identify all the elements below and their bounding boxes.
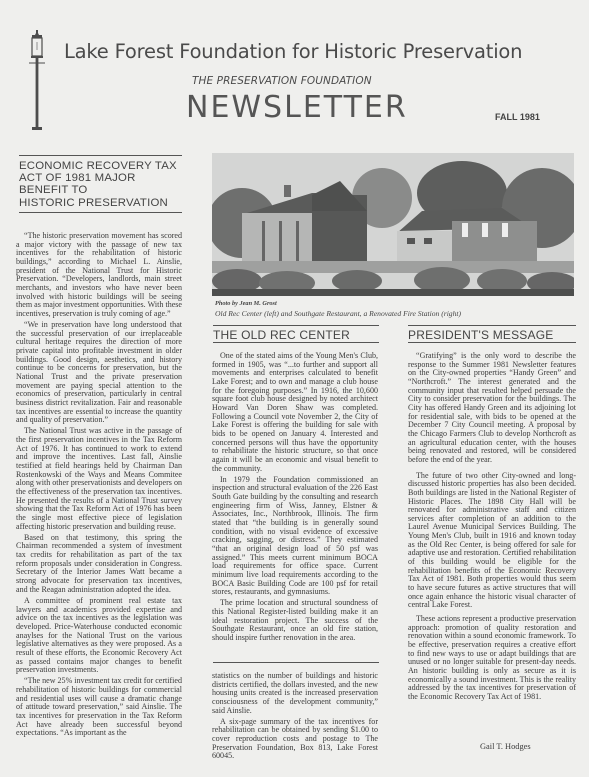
tax-article-continued: statistics on the number of buildings an…: [212, 672, 378, 764]
old-rec-center-body: One of the stated aims of the Young Men'…: [212, 352, 378, 652]
paragraph: These actions represent a productive pre…: [408, 615, 576, 702]
headline-line: HISTORIC PRESERVATION: [19, 197, 189, 209]
organization-name: Lake Forest Foundation for Historic Pres…: [64, 40, 564, 63]
tax-article-body: “The historic preservation movement has …: [16, 232, 182, 740]
paragraph: statistics on the number of buildings an…: [212, 672, 378, 715]
paragraph: In 1979 the Foundation commissioned an i…: [212, 476, 378, 597]
presidents-message-body: “Gratifying” is the only word to describ…: [408, 352, 576, 704]
column-divider-rule: [213, 662, 379, 663]
paragraph: Based on that testimony, this spring the…: [16, 534, 182, 595]
paragraph: “The new 25% investment tax credit for c…: [16, 677, 182, 738]
lamppost-icon: [28, 30, 46, 132]
president-signature: Gail T. Hodges: [480, 742, 531, 751]
photo-credit: Photo by Jean M. Grost: [215, 300, 277, 307]
paragraph: “The historic preservation movement has …: [16, 232, 182, 319]
photo-old-rec-center-and-southgate: [212, 153, 574, 296]
publication-title: NEWSLETTER: [186, 90, 408, 125]
headline-line: ACT OF 1981 MAJOR: [19, 172, 189, 184]
old-rec-center-headline: THE OLD REC CENTER: [213, 328, 350, 342]
headline-underline: [408, 342, 576, 343]
paragraph: One of the stated aims of the Young Men'…: [212, 352, 378, 473]
headline-line: ECONOMIC RECOVERY TAX: [19, 160, 189, 172]
masthead: Lake Forest Foundation for Historic Pres…: [0, 0, 589, 140]
headline-rule-bottom: [19, 212, 182, 213]
publication-subtitle: THE PRESERVATION FOUNDATION: [192, 75, 372, 87]
section-rule: [213, 325, 379, 326]
issue-date: FALL 1981: [495, 112, 540, 122]
section-rule: [408, 325, 576, 326]
headline-rule-top: [19, 155, 182, 156]
paragraph: “We in preservation have long understood…: [16, 321, 182, 425]
paragraph: A committee of prominent real estate tax…: [16, 597, 182, 675]
photo-caption: Old Rec Center (left) and Southgate Rest…: [215, 309, 461, 318]
paragraph: The National Trust was active in the pas…: [16, 427, 182, 531]
tax-article-headline: ECONOMIC RECOVERY TAX ACT OF 1981 MAJOR …: [19, 160, 189, 209]
building-photo-illustration: [212, 153, 574, 296]
paragraph: The prime location and structural soundn…: [212, 599, 378, 642]
headline-line: BENEFIT TO: [19, 184, 189, 196]
paragraph: “Gratifying” is the only word to describ…: [408, 352, 576, 465]
presidents-message-headline: PRESIDENT'S MESSAGE: [408, 328, 553, 342]
headline-underline: [213, 342, 379, 343]
paragraph: The future of two other City-owned and l…: [408, 472, 576, 611]
paragraph: A six-page summary of the tax incentives…: [212, 718, 378, 761]
